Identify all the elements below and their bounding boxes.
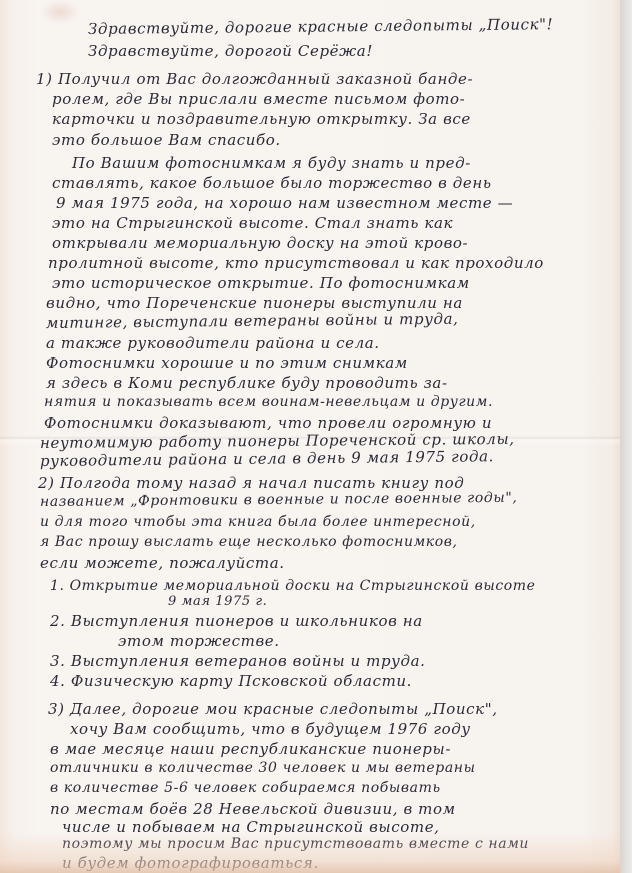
section2-line: названием „Фронтовики в военные и после … [40, 490, 518, 510]
section1-line: митинге, выступали ветераны войны и труд… [46, 310, 459, 332]
section3-line: в количестве 5-6 человек собираемся побы… [50, 780, 441, 796]
greeting-line-1: Здравствуйте, дорогие красные следопыты … [88, 15, 553, 38]
photo-request-item-cont: этом торжестве. [118, 632, 280, 650]
section1-line: ставлять, какое большое было торжество в… [52, 174, 492, 192]
section1-line: нятия и показывать всем воинам-невельцам… [44, 394, 493, 410]
section1-line: это большое Вам спасибо. [52, 131, 281, 149]
section3-line: и будем фотографироваться. [62, 854, 319, 872]
scan-edge [620, 0, 632, 873]
section2-line: и для того чтобы эта книга была более ин… [40, 514, 476, 530]
section1-line: По Вашим фотоснимкам я буду знать и пред… [72, 154, 471, 172]
photo-request-item: 3. Выступления ветеранов войны и труда. [50, 652, 426, 670]
section1-line: это историческое открытие. По фотоснимка… [52, 274, 470, 292]
section1-line: руководители района и села в день 9 мая … [40, 447, 494, 470]
section3-line: в мае месяце наши республиканские пионер… [50, 740, 451, 758]
section1-line: пролитной высоте, кто присутствовал и ка… [48, 254, 544, 272]
section1-line: Фотоснимки хорошие и по этим снимкам [46, 354, 408, 372]
section3-line: поэтому мы просим Вас присутствовать вме… [62, 836, 529, 852]
photo-request-item: 4. Физическую карту Псковской области. [50, 672, 412, 690]
section1-line: карточки и поздравительную открытку. За … [52, 110, 471, 128]
section1-line: ролем, где Вы прислали вместе письмом фо… [52, 90, 465, 108]
section1-line: 1) Получил от Вас долгожданный заказной … [36, 70, 473, 88]
section2-line: я Вас прошу выслать еще несколько фотосн… [40, 534, 458, 550]
letter-page: Здравствуйте, дорогие красные следопыты … [0, 0, 620, 873]
section3-line: по местам боёв 28 Невельской дивизии, в … [50, 800, 456, 818]
section3-line: хочу Вам сообщить, что в будущем 1976 го… [70, 720, 471, 738]
section1-line: это на Стрыгинской высоте. Стал знать ка… [52, 214, 453, 232]
photo-request-item: 1. Открытие мемориальной доски на Стрыги… [50, 578, 536, 594]
section2-line: если можете, пожалуйста. [40, 554, 285, 572]
section1-line: а также руководители района и села. [46, 334, 380, 352]
photo-request-item: 2. Выступления пионеров и школьников на [50, 612, 423, 630]
section3-line: числе и побываем на Стрыгинской высоте, [62, 818, 440, 836]
section3-line: 3) Далее, дорогие мои красные следопыты … [48, 700, 498, 718]
photo-request-item-date: 9 мая 1975 г. [168, 594, 267, 609]
section2-line: 2) Полгода тому назад я начал писать кни… [38, 474, 464, 492]
section3-line: отличники в количестве 30 человек и мы в… [50, 760, 476, 776]
section1-line: 9 мая 1975 года, на хорошо нам известном… [56, 194, 513, 212]
section1-line: Фотоснимки доказывают, что провели огром… [44, 414, 492, 432]
section1-line: я здесь в Коми республике буду проводить… [46, 374, 448, 392]
greeting-line-2: Здравствуйте, дорогой Серёжа! [88, 42, 373, 60]
section1-line: открывали мемориальную доску на этой кро… [52, 234, 468, 252]
